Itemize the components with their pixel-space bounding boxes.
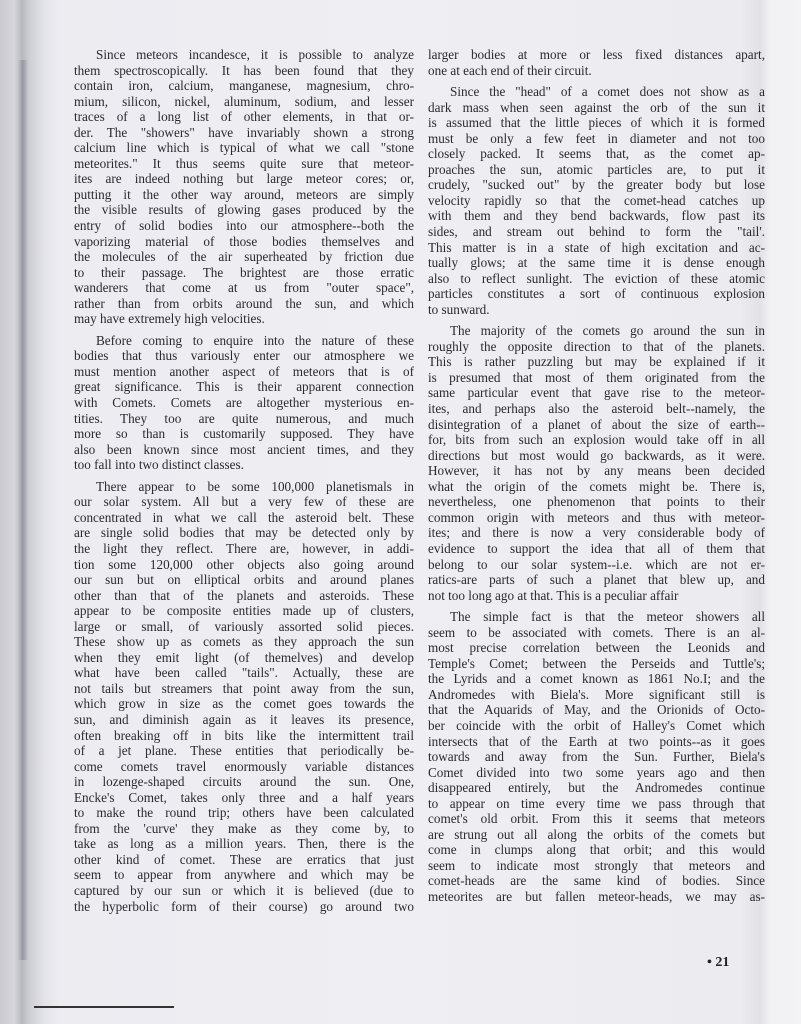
text-line: ites are indeed nothing but large meteor… [74,171,414,187]
text-line: also been known since most ancient times… [74,442,414,458]
text-line: the molecules of the air superheated by … [74,249,414,265]
text-line: when they emit light (of themelves) and … [74,650,414,666]
text-line: The majority of the comets go around the… [428,323,765,339]
right-column: larger bodies at more or less fixed dist… [428,47,765,905]
text-line: entry of solid bodies into our atmospher… [74,218,414,234]
text-line: come comets travel enormously variable d… [74,759,414,775]
text-line: the light they reflect. There are, howev… [74,541,414,557]
text-line: with them and they bend backwards, flow … [428,208,765,224]
binding-shadow [18,60,28,960]
text-line: must mention another aspect of meteors t… [74,364,414,380]
text-line: to sunward. [428,302,765,318]
text-line: which grow in size as the comet goes tow… [74,696,414,712]
text-line: evidence to support the idea that all of… [428,541,765,557]
page-number: • 21 [707,955,729,971]
text-line: same particular event that gave rise to … [428,385,765,401]
text-line: seem to indicate most strongly that mete… [428,858,765,874]
text-line: larger bodies at more or less fixed dist… [428,47,765,63]
text-line: calcium line which is typical of what we… [74,140,414,156]
text-line: common origin with meteors and thus with… [428,510,765,526]
text-line: most precise correlation between the Leo… [428,640,765,656]
text-line: to make the round trip; others have been… [74,805,414,821]
text-line: traces of a long list of other elements,… [74,109,414,125]
text-line: ites; and there is now a very considerab… [428,525,765,541]
text-line: not too long ago at that. This is a pecu… [428,588,765,604]
text-line: These show up as comets as they approach… [74,634,414,650]
text-line: particles constitutes a sort of continuo… [428,286,765,302]
text-line: ber coincide with the orbit of Halley's … [428,718,765,734]
text-line: seem to be associated with comets. There… [428,625,765,641]
text-line: Comet divided into two some years ago an… [428,765,765,781]
text-line: closely packed. It seems that, as the co… [428,146,765,162]
text-line: towards and away from the Sun. Further, … [428,749,765,765]
text-line: often breaking off in bits like the inte… [74,728,414,744]
text-line: concentrated in what we call the asteroi… [74,510,414,526]
text-line: vaporizing material of those bodies them… [74,234,414,250]
text-line: of a jet plane. These entities that peri… [74,743,414,759]
text-line: must be only a few feet in diameter and … [428,131,765,147]
text-line: not tails but streamers that point away … [74,681,414,697]
text-line: tion some 120,000 other objects also goi… [74,557,414,573]
text-line: tities. They too are quite numerous, and… [74,411,414,427]
text-line: too fall into two distinct classes. [74,457,414,473]
text-line: putting it the other way around, meteors… [74,187,414,203]
text-line: is presumed that most of them originated… [428,370,765,386]
text-line: disappeared entirely, but the Andromedes… [428,780,765,796]
text-line: our solar system. All but a very few of … [74,494,414,510]
text-line: what the origin of the comets might be. … [428,479,765,495]
text-line: seem to appear from anywhere and which m… [74,867,414,883]
text-line: belong to our solar system--i.e. which a… [428,557,765,573]
text-line: with Comets. Comets are altogether myste… [74,395,414,411]
text-line: Since meteors incandesce, it is possible… [74,47,414,63]
text-line: Encke's Comet, takes only three and a ha… [74,790,414,806]
text-line: velocity rapidly so that the comet-head … [428,193,765,209]
text-line: them spectroscopically. It has been foun… [74,63,414,79]
text-line: the Lyrids and a comet known as 1861 No.… [428,671,765,687]
text-line: take as long as a million years. Then, t… [74,836,414,852]
text-line: This matter is in a state of high excita… [428,240,765,256]
text-line: rather than from orbits around the sun, … [74,296,414,312]
text-line: bodies that thus variously enter our atm… [74,348,414,364]
text-line: Since the "head" of a comet does not sho… [428,84,765,100]
text-line: This is rather puzzling but may be expla… [428,354,765,370]
text-line: large or small, of variously assorted so… [74,619,414,635]
text-line: meteorites." It thus seems quite sure th… [74,156,414,172]
text-line: may have extremely high velocities. [74,311,414,327]
text-line: the hyperbolic form of their course) go … [74,899,414,915]
text-line: Andromedes with Biela's. More significan… [428,687,765,703]
text-line: Temple's Comet; between the Perseids and… [428,656,765,672]
scanned-page: Since meteors incandesce, it is possible… [0,0,801,1024]
text-line: sun, and diminish again as it leaves its… [74,712,414,728]
text-line: intersects that of the Earth at two poin… [428,734,765,750]
text-line: for, bits from such an explosion would t… [428,432,765,448]
text-line: comet-heads are the same kind of bodies.… [428,873,765,889]
text-line: proaches the sun, atomic particles are, … [428,162,765,178]
text-line: There appear to be some 100,000 planetis… [74,479,414,495]
text-line: to appear on time every time we pass thr… [428,796,765,812]
text-line: crudely, "sucked out" by the greater bod… [428,177,765,193]
footer-rule [34,1006,174,1008]
text-line: great significance. This is their appare… [74,379,414,395]
text-line: other than that of the planets and aster… [74,588,414,604]
text-line: directions but most would go backwards, … [428,448,765,464]
text-line: comet's old orbit. From this it seems th… [428,811,765,827]
text-line: Before coming to enquire into the nature… [74,333,414,349]
text-line: wanderers that come at us from "outer sp… [74,280,414,296]
text-line: one at each end of their circuit. [428,63,765,79]
text-line: However, it has not by any means been de… [428,463,765,479]
text-line: what have been called "tails". Actually,… [74,665,414,681]
text-line: contain iron, calcium, manganese, magnes… [74,78,414,94]
text-line: our sun but on elliptical orbits and aro… [74,572,414,588]
text-line: roughly the opposite direction to that o… [428,339,765,355]
text-line: dark mass when seen against the orb of t… [428,100,765,116]
text-line: captured by our sun or which it is belie… [74,883,414,899]
text-line: come in clumps along that orbit; and thi… [428,842,765,858]
text-line: sides, and stream out behind to form the… [428,224,765,240]
left-column: Since meteors incandesce, it is possible… [74,47,414,914]
text-line: is assumed that the little pieces of whi… [428,115,765,131]
text-line: mium, silicon, nickel, aluminum, sodium,… [74,94,414,110]
text-line: der. The "showers" have invariably shown… [74,125,414,141]
text-line: are strung out all along the orbits of t… [428,827,765,843]
text-line: ites, and perhaps also the asteroid belt… [428,401,765,417]
text-line: ratics-are parts of such a planet that b… [428,572,765,588]
text-line: are single solid bodies that may be dete… [74,525,414,541]
text-line: nevertheless, one phenomenon that points… [428,494,765,510]
text-line: the visible results of glowing gases pro… [74,202,414,218]
text-line: disintegration of a planet of about the … [428,417,765,433]
text-line: meteorites are but fallen meteor-heads, … [428,889,765,905]
text-line: that the Aquarids of May, and the Orioni… [428,702,765,718]
text-line: also to reflect sunlight. The eviction o… [428,271,765,287]
text-line: from the 'curve' they make as they come … [74,821,414,837]
text-line: appear to be composite entities made up … [74,603,414,619]
text-line: in lozenge-shaped circuits around the su… [74,774,414,790]
text-line: tually glows; at the same time it is den… [428,255,765,271]
text-line: other kind of comet. These are erratics … [74,852,414,868]
text-line: more so than is customarily supposed. Th… [74,426,414,442]
text-line: The simple fact is that the meteor showe… [428,609,765,625]
text-line: to their passage. The brightest are thos… [74,265,414,281]
